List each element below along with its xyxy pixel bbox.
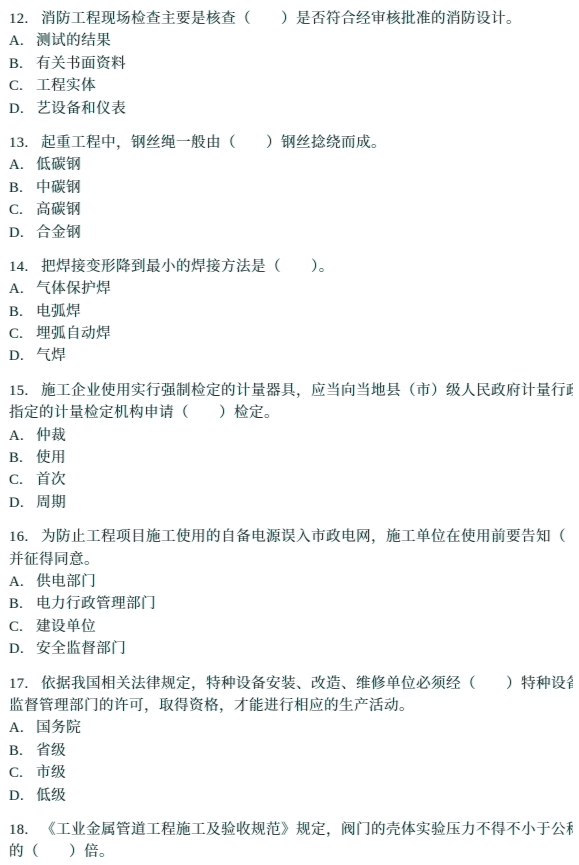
option-row: D.周期 xyxy=(9,492,573,514)
option-text: 有关书面资料 xyxy=(36,56,126,72)
option-row: D.气焊 xyxy=(9,345,573,367)
option-row: B.电力行政管理部门 xyxy=(9,593,573,615)
option-letter: C. xyxy=(9,75,24,97)
option-row: C.建设单位 xyxy=(9,616,573,638)
question-number: 17. xyxy=(9,673,32,695)
option-letter: C. xyxy=(9,762,24,784)
question-stem-text: 《工业金属管道工程施工及验收规范》规定，阀门的壳体实验压力不得不小于公称压力 xyxy=(41,822,573,838)
question-stem-line: 17.依据我国相关法律规定，特种设备安装、改造、维修单位必须经（ ）特种设备安全 xyxy=(9,673,573,695)
option-letter: C. xyxy=(9,469,24,491)
option-text: 使用 xyxy=(36,450,66,466)
option-row: D.安全监督部门 xyxy=(9,638,573,660)
option-text: 省级 xyxy=(36,743,66,759)
question-stem-line: 的（ ）倍。 xyxy=(9,841,573,863)
option-text: 中碳钢 xyxy=(36,180,81,196)
option-letter: D. xyxy=(9,638,24,660)
option-text: 电力行政管理部门 xyxy=(36,596,156,612)
option-letter: D. xyxy=(9,785,24,807)
question-stem-line: 14.把焊接变形降到最小的焊接方法是（ ）。 xyxy=(9,256,573,278)
question-number: 14. xyxy=(9,256,32,278)
question-stem-line: 15.施工企业使用实行强制检定的计量器具，应当向当地县（市）级人民政府计量行政部… xyxy=(9,380,573,402)
option-text: 国务院 xyxy=(36,720,81,736)
option-letter: B. xyxy=(9,53,24,75)
option-letter: B. xyxy=(9,301,24,323)
option-text: 仲裁 xyxy=(36,428,66,444)
option-letter: A. xyxy=(9,425,24,447)
option-row: C.埋弧自动焊 xyxy=(9,323,573,345)
option-letter: A. xyxy=(9,278,24,300)
option-text: 周期 xyxy=(36,495,66,511)
option-letter: C. xyxy=(9,616,24,638)
option-letter: B. xyxy=(9,593,24,615)
question-stem-line: 16.为防止工程项目施工使用的自备电源误入市政电网，施工单位在使用前要告知（ ） xyxy=(9,526,573,548)
question-stem-text: 并征得同意。 xyxy=(9,552,99,568)
option-row: D.合金钢 xyxy=(9,222,573,244)
option-letter: C. xyxy=(9,323,24,345)
option-row: A.国务院 xyxy=(9,717,573,739)
question-list: 12.消防工程现场检查主要是核查（ ）是否符合经审核批准的消防设计。A.测试的结… xyxy=(9,8,573,864)
option-letter: B. xyxy=(9,177,24,199)
option-letter: B. xyxy=(9,740,24,762)
question-stem-text: 施工企业使用实行强制检定的计量器具，应当向当地县（市）级人民政府计量行政部门 xyxy=(41,383,573,399)
option-letter: D. xyxy=(9,492,24,514)
option-row: D.艺设备和仪表 xyxy=(9,98,573,120)
option-letter: B. xyxy=(9,447,24,469)
option-text: 低级 xyxy=(36,788,66,804)
option-letter: D. xyxy=(9,98,24,120)
option-letter: D. xyxy=(9,345,24,367)
option-letter: A. xyxy=(9,154,24,176)
option-text: 建设单位 xyxy=(36,619,96,635)
question-stem-text: 监督管理部门的许可，取得资格，才能进行相应的生产活动。 xyxy=(9,698,414,714)
option-text: 安全监督部门 xyxy=(36,641,126,657)
option-row: A.气体保护焊 xyxy=(9,278,573,300)
option-text: 低碳钢 xyxy=(36,157,81,173)
option-row: B.省级 xyxy=(9,740,573,762)
option-row: B.使用 xyxy=(9,447,573,469)
option-row: C.市级 xyxy=(9,762,573,784)
option-row: B.电弧焊 xyxy=(9,301,573,323)
question-block: 13.起重工程中，钢丝绳一般由（ ）钢丝捻绕而成。A.低碳钢B.中碳钢C.高碳钢… xyxy=(9,132,573,244)
question-number: 15. xyxy=(9,380,32,402)
question-stem-text: 依据我国相关法律规定，特种设备安装、改造、维修单位必须经（ ）特种设备安全 xyxy=(41,676,573,692)
question-stem-line: 指定的计量检定机构申请（ ）检定。 xyxy=(9,402,573,424)
question-block: 15.施工企业使用实行强制检定的计量器具，应当向当地县（市）级人民政府计量行政部… xyxy=(9,380,573,514)
question-block: 14.把焊接变形降到最小的焊接方法是（ ）。A.气体保护焊B.电弧焊C.埋弧自动… xyxy=(9,256,573,368)
option-row: B.中碳钢 xyxy=(9,177,573,199)
option-row: C.首次 xyxy=(9,469,573,491)
option-text: 气体保护焊 xyxy=(36,281,111,297)
option-row: D.低级 xyxy=(9,785,573,807)
option-text: 艺设备和仪表 xyxy=(36,101,126,117)
question-stem-text: 消防工程现场检查主要是核查（ ）是否符合经审核批准的消防设计。 xyxy=(41,11,521,27)
question-stem-line: 12.消防工程现场检查主要是核查（ ）是否符合经审核批准的消防设计。 xyxy=(9,8,573,30)
option-letter: C. xyxy=(9,199,24,221)
option-text: 供电部门 xyxy=(36,574,96,590)
option-text: 电弧焊 xyxy=(36,304,81,320)
question-stem-text: 的（ ）倍。 xyxy=(9,844,114,860)
question-stem-line: 并征得同意。 xyxy=(9,549,573,571)
question-stem-line: 18.《工业金属管道工程施工及验收规范》规定，阀门的壳体实验压力不得不小于公称压… xyxy=(9,819,573,841)
question-number: 13. xyxy=(9,132,32,154)
question-block: 17.依据我国相关法律规定，特种设备安装、改造、维修单位必须经（ ）特种设备安全… xyxy=(9,673,573,807)
option-letter: A. xyxy=(9,717,24,739)
option-row: B.有关书面资料 xyxy=(9,53,573,75)
option-row: A.低碳钢 xyxy=(9,154,573,176)
question-stem-text: 把焊接变形降到最小的焊接方法是（ ）。 xyxy=(41,259,334,275)
question-block: 12.消防工程现场检查主要是核查（ ）是否符合经审核批准的消防设计。A.测试的结… xyxy=(9,8,573,120)
question-number: 18. xyxy=(9,819,32,841)
question-stem-text: 起重工程中，钢丝绳一般由（ ）钢丝捻绕而成。 xyxy=(41,135,386,151)
question-stem-text: 指定的计量检定机构申请（ ）检定。 xyxy=(9,405,279,421)
option-text: 测试的结果 xyxy=(36,33,111,49)
option-text: 埋弧自动焊 xyxy=(36,326,111,342)
option-row: A.仲裁 xyxy=(9,425,573,447)
option-text: 高碳钢 xyxy=(36,202,81,218)
exam-page: 12.消防工程现场检查主要是核查（ ）是否符合经审核批准的消防设计。A.测试的结… xyxy=(0,0,579,865)
option-row: A.测试的结果 xyxy=(9,30,573,52)
option-row: A.供电部门 xyxy=(9,571,573,593)
question-number: 16. xyxy=(9,526,32,548)
option-text: 气焊 xyxy=(36,348,66,364)
question-number: 12. xyxy=(9,8,32,30)
question-stem-text: 为防止工程项目施工使用的自备电源误入市政电网，施工单位在使用前要告知（ ） xyxy=(41,529,573,545)
question-block: 16.为防止工程项目施工使用的自备电源误入市政电网，施工单位在使用前要告知（ ）… xyxy=(9,526,573,660)
option-row: C.高碳钢 xyxy=(9,199,573,221)
option-text: 市级 xyxy=(36,765,66,781)
question-stem-line: 监督管理部门的许可，取得资格，才能进行相应的生产活动。 xyxy=(9,695,573,717)
option-text: 合金钢 xyxy=(36,225,81,241)
option-row: C.工程实体 xyxy=(9,75,573,97)
option-letter: A. xyxy=(9,571,24,593)
option-text: 首次 xyxy=(36,472,66,488)
option-letter: A. xyxy=(9,30,24,52)
question-block: 18.《工业金属管道工程施工及验收规范》规定，阀门的壳体实验压力不得不小于公称压… xyxy=(9,819,573,864)
option-letter: D. xyxy=(9,222,24,244)
option-text: 工程实体 xyxy=(36,78,96,94)
question-stem-line: 13.起重工程中，钢丝绳一般由（ ）钢丝捻绕而成。 xyxy=(9,132,573,154)
